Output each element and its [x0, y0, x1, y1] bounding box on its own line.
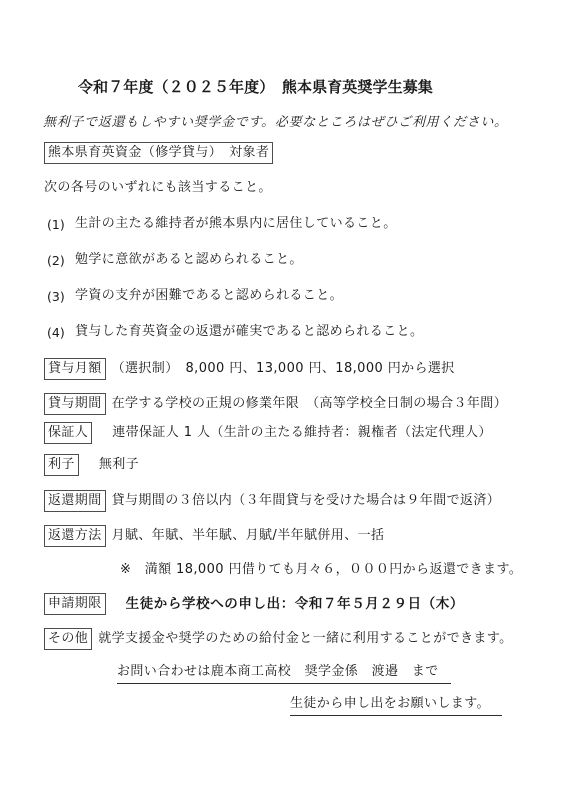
deadline-text: 生徒から学校への申し出：令和７年５月２９日（木）	[126, 593, 464, 613]
detail-row-other: その他 就学支援金や奨学のための給付金と一緒に利用することができます。	[44, 628, 513, 650]
item-text: 生計の主たる維持者が熊本県内に居住していること。	[75, 216, 397, 232]
row-label-box: 貸与期間	[44, 393, 106, 415]
item-number: (3)	[47, 288, 75, 304]
row-text: 月賦、年賦、半年賦、月賦/半年賦併用、一括	[112, 525, 385, 544]
item-text: 学資の支弁が困難であると認められること。	[75, 288, 343, 304]
eligibility-intro: 次の各号のいずれにも該当すること。	[44, 180, 272, 196]
section-header-box: 熊本県育英資金（修学貸与） 対象者	[44, 142, 273, 164]
eligibility-item-4: (4) 貸与した育英資金の返還が確実であると認められること。	[47, 324, 423, 340]
item-number: (4)	[47, 324, 75, 340]
row-label-box: 返還期間	[44, 490, 106, 512]
item-text: 勉学に意欲があると認められること。	[75, 252, 303, 268]
eligibility-item-1: (1) 生計の主たる維持者が熊本県内に居住していること。	[47, 216, 397, 232]
contact-line: お問い合わせは鹿本商工高校 奨学金係 渡邉 まで	[117, 664, 451, 684]
row-label-box: 貸与月額	[44, 358, 106, 380]
closing-line: 生徒から申し出をお願いします。	[290, 696, 502, 716]
section-header: 熊本県育英資金（修学貸与） 対象者	[44, 141, 273, 164]
repayment-note: ※ 満額 18,000 円借りても月々６，０００円から返還できます。	[120, 562, 522, 578]
item-number: (2)	[47, 252, 75, 268]
item-number: (1)	[47, 216, 75, 232]
eligibility-item-2: (2) 勉学に意欲があると認められること。	[47, 252, 303, 268]
row-text: 在学する学校の正規の修業年限 （高等学校全日制の場合３年間）	[112, 393, 508, 412]
row-text: 貸与期間の３倍以内（３年間貸与を受けた場合は９年間で返済）	[112, 490, 501, 509]
detail-row-deadline: 申請期限 生徒から学校への申し出：令和７年５月２９日（木）	[44, 593, 464, 615]
detail-row-interest: 利子 無利子	[44, 454, 139, 476]
detail-row-repayment-period: 返還期間 貸与期間の３倍以内（３年間貸与を受けた場合は９年間で返済）	[44, 490, 500, 512]
row-text: 無利子	[99, 454, 139, 473]
row-label-box: 返還方法	[44, 525, 106, 547]
row-text: （選択制） 8,000 円、13,000 円、18,000 円から選択	[112, 358, 455, 377]
row-label-box: 利子	[44, 454, 79, 476]
detail-row-repayment-method: 返還方法 月賦、年賦、半年賦、月賦/半年賦併用、一括	[44, 525, 384, 547]
detail-row-monthly-amount: 貸与月額 （選択制） 8,000 円、13,000 円、18,000 円から選択	[44, 358, 455, 380]
detail-row-guarantor: 保証人 連帯保証人 1 人（生計の主たる維持者：親権者（法定代理人）	[44, 422, 492, 444]
detail-row-loan-period: 貸与期間 在学する学校の正規の修業年限 （高等学校全日制の場合３年間）	[44, 393, 507, 415]
row-label-box: 申請期限	[44, 593, 106, 615]
document-page: 令和７年度（２０２５年度） 熊本県育英奨学生募集 無利子で返還もしやすい奨学金で…	[0, 0, 566, 800]
row-label-box: その他	[44, 628, 92, 650]
subtitle: 無利子で返還もしやすい奨学金です。必要なところはぜひご利用ください。	[43, 111, 508, 130]
row-text: 連帯保証人 1 人（生計の主たる維持者：親権者（法定代理人）	[112, 422, 492, 441]
eligibility-item-3: (3) 学資の支弁が困難であると認められること。	[47, 288, 343, 304]
item-text: 貸与した育英資金の返還が確実であると認められること。	[75, 324, 423, 340]
other-text: 就学支援金や奨学のための給付金と一緒に利用することができます。	[98, 628, 512, 647]
row-label-box: 保証人	[44, 422, 92, 444]
page-title: 令和７年度（２０２５年度） 熊本県育英奨学生募集	[78, 76, 433, 97]
